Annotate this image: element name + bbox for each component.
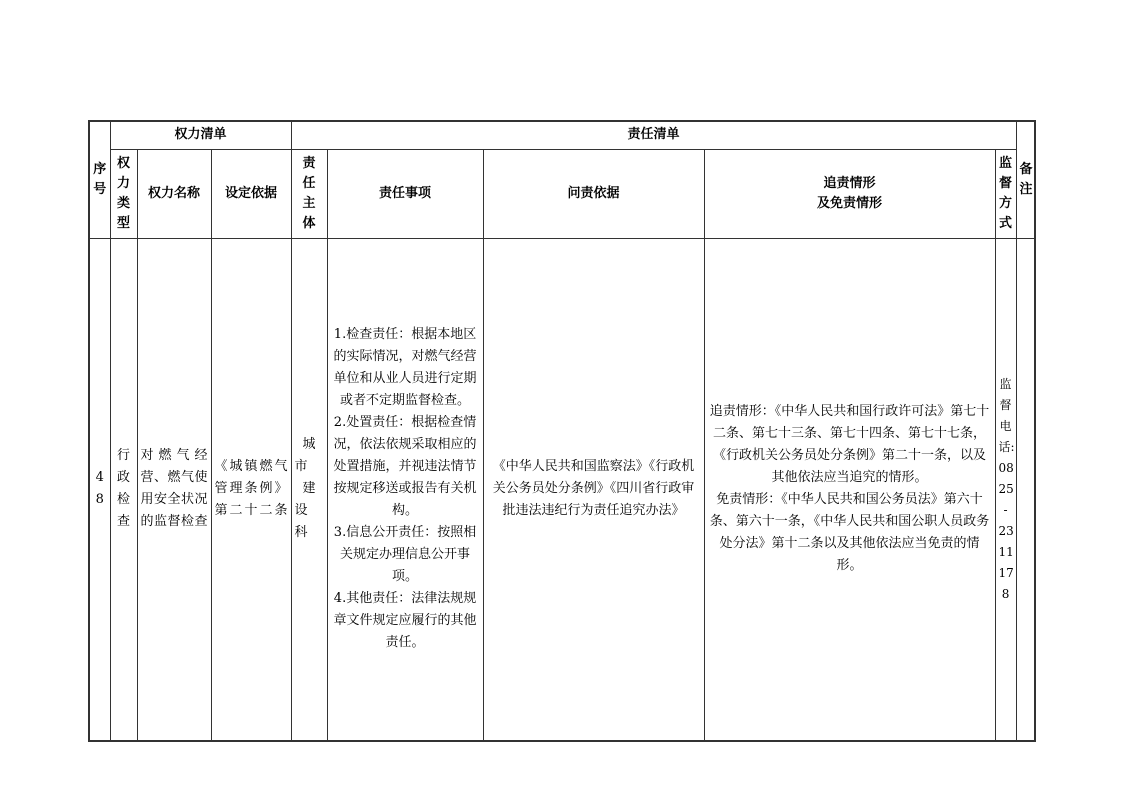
responsibility-items-header-cell: 责任事项: [327, 149, 483, 238]
responsibility-list-group-header: 责任清单: [291, 121, 1016, 149]
power-type-header-cell: 权 力 类 型: [110, 149, 137, 238]
supervision-method-header-cell: 监 督 方 式: [995, 149, 1016, 238]
legal-basis-cell: 《城镇燃气 管理条例》 第二十二条: [211, 238, 291, 741]
responsible-entity-header-cell: 责 任 主 体: [291, 149, 327, 238]
power-name-header-cell: 权力名称: [137, 149, 211, 238]
responsible-entity-cell: 城 市 建 设 科: [291, 238, 327, 741]
power-list-group-header: 权力清单: [110, 121, 291, 149]
legal-basis-header-cell: 设定依据: [211, 149, 291, 238]
power-responsibility-table: 序 号 权力清单 责任清单 备 注 权 力 类 型 权力名称 设定依据 责 任 …: [88, 120, 1036, 742]
remarks-cell: [1016, 238, 1035, 741]
accountability-circumstances-cell: 追责情形：《中华人民共和国行政许可法》第七十二条、第七十三条、第七十四条、第七十…: [704, 238, 995, 741]
serial-header-cell: 序 号: [89, 121, 110, 238]
header-row-columns: 权 力 类 型 权力名称 设定依据 责 任 主 体 责任事项 问责依据 追责情形…: [89, 149, 1035, 238]
power-type-cell: 行 政 检 查: [110, 238, 137, 741]
accountability-circumstances-header-cell: 追责情形 及免责情形: [704, 149, 995, 238]
supervision-method-cell: 监 督 电 话: 08 25 - 23 11 17 8: [995, 238, 1016, 741]
accountability-basis-header-cell: 问责依据: [483, 149, 704, 238]
remarks-header-cell: 备 注: [1016, 121, 1035, 238]
table-row: 4 8 行 政 检 查 对燃气经 营、燃气使 用安全状况 的监督检查 《城镇燃气…: [89, 238, 1035, 741]
document-page: 序 号 权力清单 责任清单 备 注 权 力 类 型 权力名称 设定依据 责 任 …: [0, 0, 1122, 793]
power-name-cell: 对燃气经 营、燃气使 用安全状况 的监督检查: [137, 238, 211, 741]
accountability-basis-cell: 《中华人民共和国监察法》《行政机关公务员处分条例》《四川省行政审批违法违纪行为责…: [483, 238, 704, 741]
header-row-groups: 序 号 权力清单 责任清单 备 注: [89, 121, 1035, 149]
responsibility-items-cell: 1.检查责任：根据本地区的实际情况，对燃气经营单位和从业人员进行定期或者不定期监…: [327, 238, 483, 741]
serial-cell: 4 8: [89, 238, 110, 741]
